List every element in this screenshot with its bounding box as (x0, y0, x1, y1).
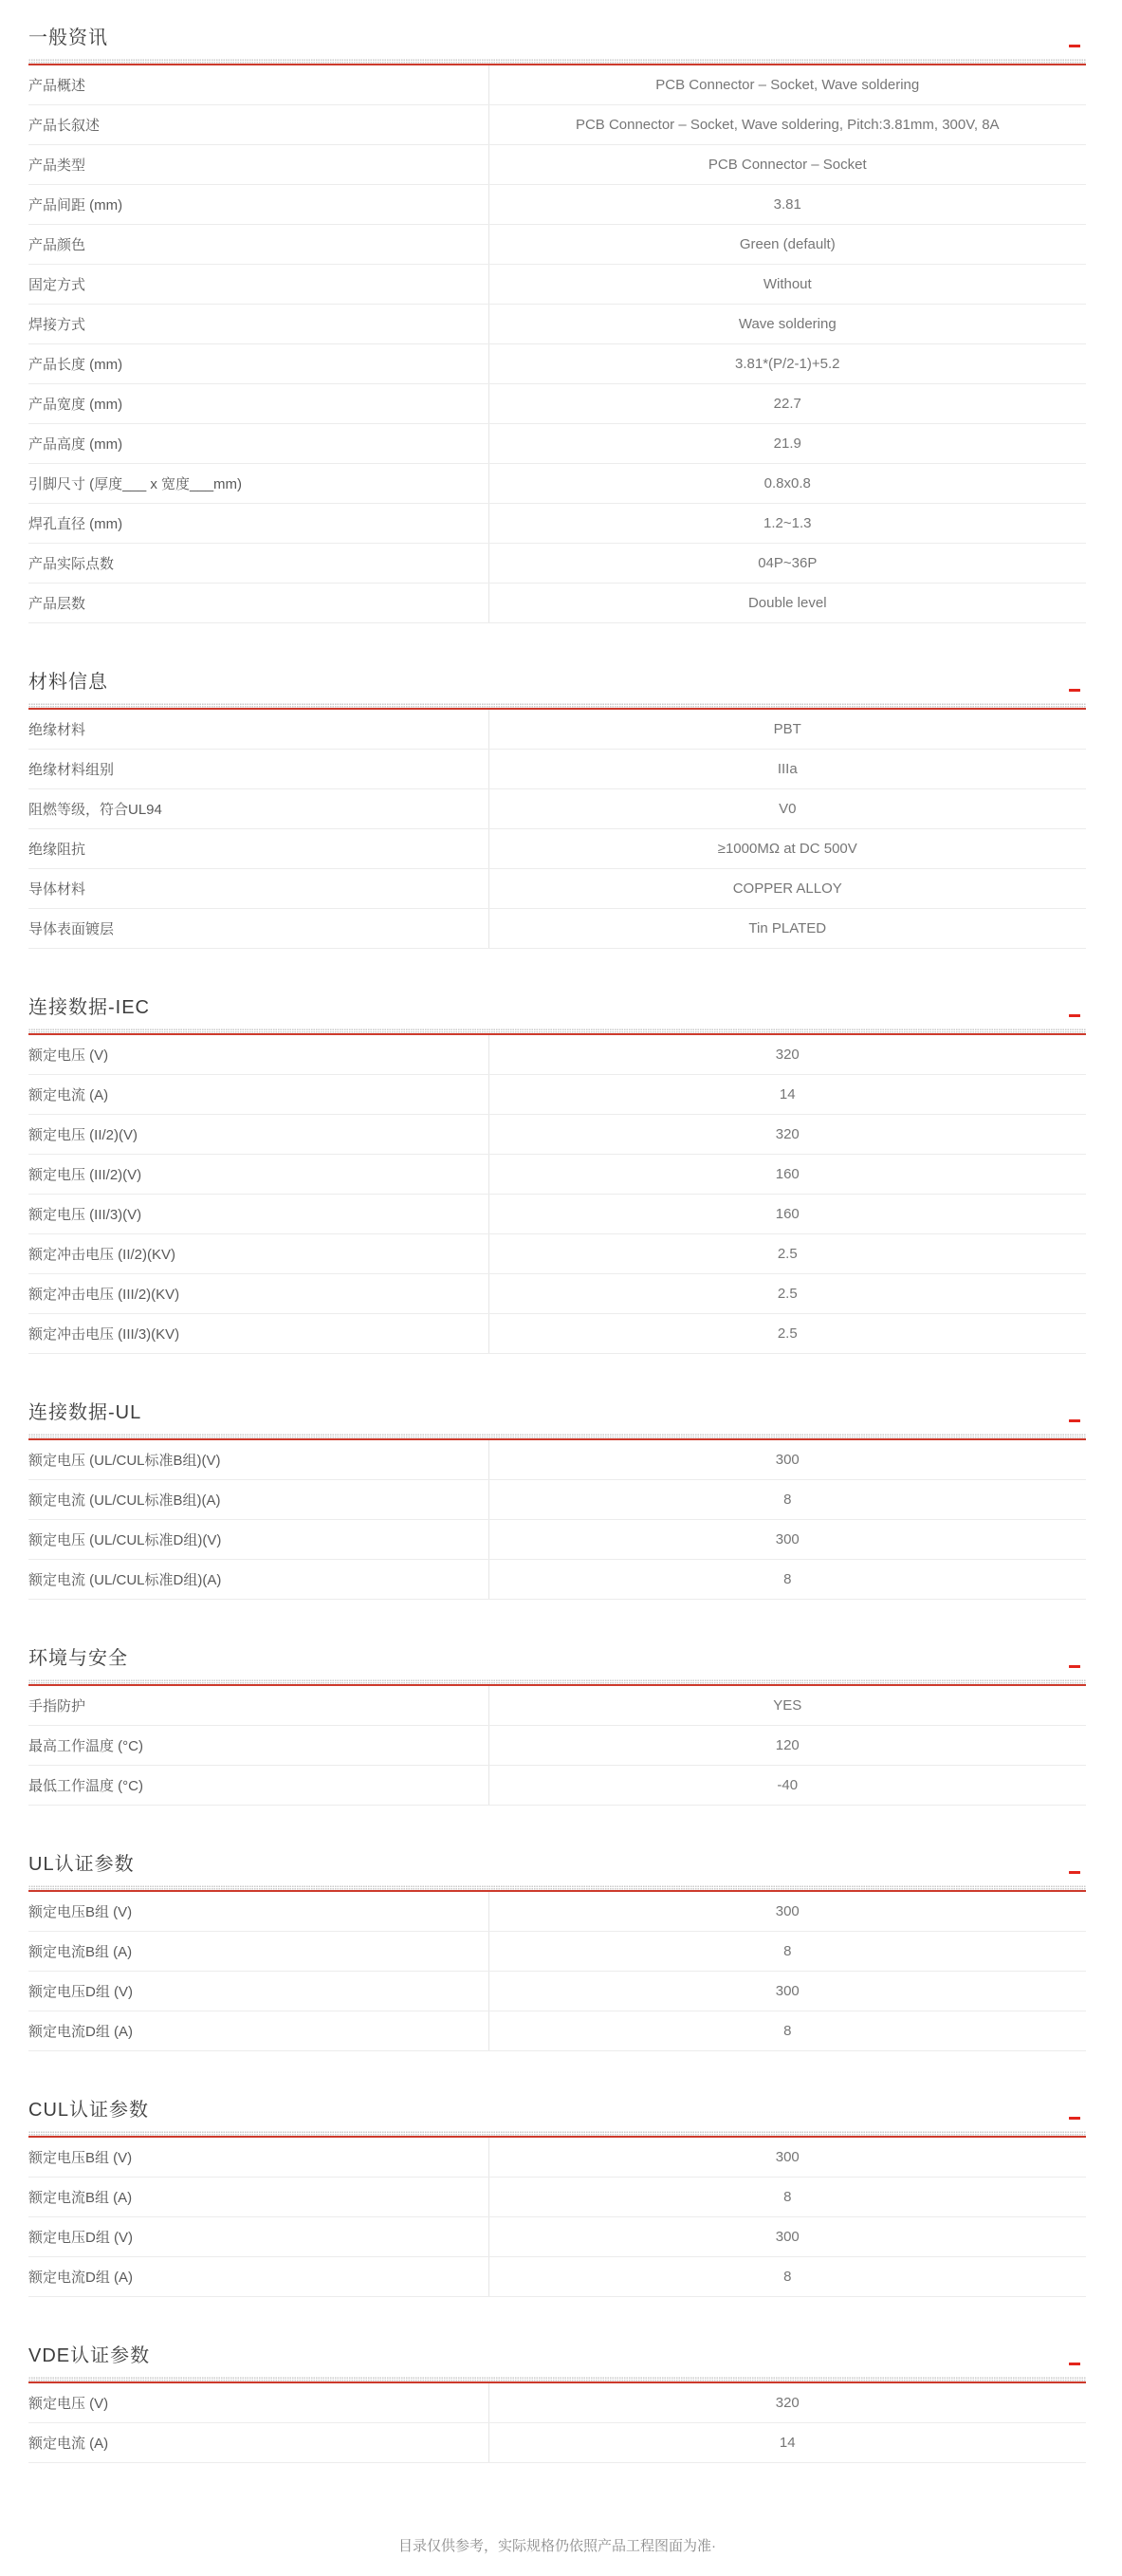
row-value: PCB Connector – Socket, Wave soldering, … (488, 105, 1086, 145)
row-value: -40 (488, 1766, 1086, 1806)
row-value: ≥1000MΩ at DC 500V (488, 829, 1086, 869)
table-row: 产品长度 (mm)3.81*(P/2-1)+5.2 (28, 344, 1086, 384)
section-header: 连接数据-IEC (28, 994, 1086, 1021)
section-title: VDE认证参数 (28, 2343, 150, 2369)
section-title: CUL认证参数 (28, 2097, 149, 2123)
table-row: 产品概述PCB Connector – Socket, Wave solderi… (28, 65, 1086, 105)
table-row: 额定电流B组 (A)8 (28, 2178, 1086, 2217)
spec-table: 手指防护YES最高工作温度 (°C)120最低工作温度 (°C)-40 (28, 1686, 1086, 1806)
table-row: 手指防护YES (28, 1686, 1086, 1726)
table-row: 额定冲击电压 (II/2)(KV)2.5 (28, 1234, 1086, 1274)
section-header: 材料信息 (28, 669, 1086, 695)
row-label: 额定电压 (V) (28, 1035, 488, 1075)
row-label: 最低工作温度 (°C) (28, 1766, 488, 1806)
row-value: 2.5 (488, 1234, 1086, 1274)
row-label: 额定电压 (II/2)(V) (28, 1115, 488, 1155)
row-value: 320 (488, 2383, 1086, 2423)
row-label: 产品类型 (28, 145, 488, 185)
row-label: 额定电流B组 (A) (28, 1932, 488, 1972)
row-label: 额定电流 (A) (28, 1075, 488, 1115)
row-value: 8 (488, 1480, 1086, 1520)
row-label: 阻燃等级，符合UL94 (28, 789, 488, 829)
row-value: 8 (488, 2011, 1086, 2051)
collapse-minus-icon[interactable] (1069, 1014, 1080, 1017)
section-header: VDE认证参数 (28, 2343, 1086, 2369)
table-row: 额定冲击电压 (III/3)(KV)2.5 (28, 1314, 1086, 1354)
section-title: 连接数据-IEC (28, 994, 150, 1021)
spec-table: 产品概述PCB Connector – Socket, Wave solderi… (28, 65, 1086, 623)
table-row: 额定电流B组 (A)8 (28, 1932, 1086, 1972)
row-value: PCB Connector – Socket, Wave soldering (488, 65, 1086, 105)
table-row: 产品层数Double level (28, 584, 1086, 623)
row-label: 额定电压B组 (V) (28, 1892, 488, 1932)
row-label: 手指防护 (28, 1686, 488, 1726)
section-header: 连接数据-UL (28, 1399, 1086, 1426)
row-label: 额定冲击电压 (II/2)(KV) (28, 1234, 488, 1274)
spec-section: 材料信息 绝缘材料PBT绝缘材料组别IIIa阻燃等级，符合UL94V0绝缘阻抗≥… (28, 669, 1086, 949)
spec-section: UL认证参数 额定电压B组 (V)300额定电流B组 (A)8额定电压D组 (V… (28, 1851, 1086, 2051)
row-label: 产品长度 (mm) (28, 344, 488, 384)
section-title: 环境与安全 (28, 1645, 128, 1672)
section-divider (28, 1885, 1086, 1892)
table-row: 额定电流D组 (A)8 (28, 2011, 1086, 2051)
row-label: 导体表面镀层 (28, 909, 488, 949)
section-header: UL认证参数 (28, 1851, 1086, 1878)
table-row: 绝缘材料PBT (28, 710, 1086, 750)
table-row: 额定电流D组 (A)8 (28, 2257, 1086, 2297)
row-label: 额定电流D组 (A) (28, 2011, 488, 2051)
section-divider (28, 703, 1086, 710)
section-title: 连接数据-UL (28, 1399, 141, 1426)
row-label: 固定方式 (28, 265, 488, 305)
row-value: 3.81 (488, 185, 1086, 225)
table-row: 额定电压D组 (V)300 (28, 2217, 1086, 2257)
row-label: 额定电流 (UL/CUL标准D组)(A) (28, 1560, 488, 1600)
row-label: 额定电流B组 (A) (28, 2178, 488, 2217)
row-value: YES (488, 1686, 1086, 1726)
collapse-minus-icon[interactable] (1069, 689, 1080, 692)
collapse-minus-icon[interactable] (1069, 1419, 1080, 1422)
table-row: 额定冲击电压 (III/2)(KV)2.5 (28, 1274, 1086, 1314)
table-row: 产品宽度 (mm)22.7 (28, 384, 1086, 424)
row-value: Green (default) (488, 225, 1086, 265)
section-divider (28, 2131, 1086, 2138)
spec-section: VDE认证参数 额定电压 (V)320额定电流 (A)14 (28, 2343, 1086, 2463)
table-row: 产品高度 (mm)21.9 (28, 424, 1086, 464)
table-row: 额定电压 (III/2)(V)160 (28, 1155, 1086, 1195)
row-value: 21.9 (488, 424, 1086, 464)
row-label: 产品概述 (28, 65, 488, 105)
table-row: 额定电压B组 (V)300 (28, 1892, 1086, 1932)
row-value: 160 (488, 1195, 1086, 1234)
row-label: 额定冲击电压 (III/2)(KV) (28, 1274, 488, 1314)
row-value: 300 (488, 2217, 1086, 2257)
row-value: 8 (488, 1932, 1086, 1972)
row-label: 产品颜色 (28, 225, 488, 265)
collapse-minus-icon[interactable] (1069, 1871, 1080, 1874)
table-row: 额定电压D组 (V)300 (28, 1972, 1086, 2011)
table-row: 额定电流 (UL/CUL标准D组)(A)8 (28, 1560, 1086, 1600)
spec-table: 额定电压 (V)320额定电流 (A)14额定电压 (II/2)(V)320额定… (28, 1035, 1086, 1354)
row-value: PBT (488, 710, 1086, 750)
spec-section: CUL认证参数 额定电压B组 (V)300额定电流B组 (A)8额定电压D组 (… (28, 2097, 1086, 2297)
row-value: 300 (488, 1972, 1086, 2011)
spec-section: 连接数据-IEC 额定电压 (V)320额定电流 (A)14额定电压 (II/2… (28, 994, 1086, 1354)
row-value: 0.8x0.8 (488, 464, 1086, 504)
row-label: 产品高度 (mm) (28, 424, 488, 464)
row-label: 额定电压 (V) (28, 2383, 488, 2423)
row-value: V0 (488, 789, 1086, 829)
table-row: 焊接方式Wave soldering (28, 305, 1086, 344)
row-value: 22.7 (488, 384, 1086, 424)
row-value: 3.81*(P/2-1)+5.2 (488, 344, 1086, 384)
row-label: 产品宽度 (mm) (28, 384, 488, 424)
row-value: IIIa (488, 750, 1086, 789)
spec-table: 额定电压 (UL/CUL标准B组)(V)300额定电流 (UL/CUL标准B组)… (28, 1440, 1086, 1600)
row-value: 300 (488, 1520, 1086, 1560)
table-row: 产品颜色Green (default) (28, 225, 1086, 265)
table-row: 额定电压 (UL/CUL标准B组)(V)300 (28, 1440, 1086, 1480)
row-value: 300 (488, 2138, 1086, 2178)
table-row: 额定电流 (UL/CUL标准B组)(A)8 (28, 1480, 1086, 1520)
row-value: 2.5 (488, 1274, 1086, 1314)
row-value: 8 (488, 2178, 1086, 2217)
section-title: 一般资讯 (28, 25, 108, 51)
row-label: 额定电压 (UL/CUL标准D组)(V) (28, 1520, 488, 1560)
row-label: 额定电流 (A) (28, 2423, 488, 2463)
row-label: 额定冲击电压 (III/3)(KV) (28, 1314, 488, 1354)
row-label: 最高工作温度 (°C) (28, 1726, 488, 1766)
row-label: 绝缘材料组别 (28, 750, 488, 789)
table-row: 绝缘阻抗≥1000MΩ at DC 500V (28, 829, 1086, 869)
row-label: 产品实际点数 (28, 544, 488, 584)
row-label: 产品长叙述 (28, 105, 488, 145)
section-title: 材料信息 (28, 669, 108, 695)
spec-table: 额定电压B组 (V)300额定电流B组 (A)8额定电压D组 (V)300额定电… (28, 2138, 1086, 2297)
spec-section: 环境与安全 手指防护YES最高工作温度 (°C)120最低工作温度 (°C)-4… (28, 1645, 1086, 1806)
row-value: 320 (488, 1115, 1086, 1155)
row-value: 14 (488, 1075, 1086, 1115)
section-divider (28, 59, 1086, 65)
row-label: 绝缘阻抗 (28, 829, 488, 869)
table-row: 产品间距 (mm)3.81 (28, 185, 1086, 225)
section-divider (28, 1029, 1086, 1035)
spec-table: 绝缘材料PBT绝缘材料组别IIIa阻燃等级，符合UL94V0绝缘阻抗≥1000M… (28, 710, 1086, 949)
section-divider (28, 1679, 1086, 1686)
table-row: 额定电流 (A)14 (28, 2423, 1086, 2463)
row-label: 引脚尺寸 (厚度___ x 宽度___mm) (28, 464, 488, 504)
row-label: 额定电流 (UL/CUL标准B组)(A) (28, 1480, 488, 1520)
table-row: 额定电压 (V)320 (28, 2383, 1086, 2423)
row-value: 160 (488, 1155, 1086, 1195)
row-label: 额定电压B组 (V) (28, 2138, 488, 2178)
table-row: 最高工作温度 (°C)120 (28, 1726, 1086, 1766)
row-value: COPPER ALLOY (488, 869, 1086, 909)
spec-table: 额定电压B组 (V)300额定电流B组 (A)8额定电压D组 (V)300额定电… (28, 1892, 1086, 2051)
row-label: 焊孔直径 (mm) (28, 504, 488, 544)
row-label: 产品间距 (mm) (28, 185, 488, 225)
collapse-minus-icon[interactable] (1069, 2117, 1080, 2120)
table-row: 额定电流 (A)14 (28, 1075, 1086, 1115)
spec-sections: 一般资讯 产品概述PCB Connector – Socket, Wave so… (28, 25, 1086, 2463)
row-value: 2.5 (488, 1314, 1086, 1354)
table-row: 额定电压 (UL/CUL标准D组)(V)300 (28, 1520, 1086, 1560)
row-label: 绝缘材料 (28, 710, 488, 750)
row-value: 120 (488, 1726, 1086, 1766)
row-label: 额定电压D组 (V) (28, 1972, 488, 2011)
table-row: 额定电压 (II/2)(V)320 (28, 1115, 1086, 1155)
table-row: 产品长叙述PCB Connector – Socket, Wave solder… (28, 105, 1086, 145)
table-row: 产品实际点数04P~36P (28, 544, 1086, 584)
row-value: 14 (488, 2423, 1086, 2463)
row-value: 8 (488, 1560, 1086, 1600)
row-value: PCB Connector – Socket (488, 145, 1086, 185)
collapse-minus-icon[interactable] (1069, 1665, 1080, 1668)
collapse-minus-icon[interactable] (1069, 45, 1080, 47)
footer-disclaimer: 目录仅供参考，实际规格仍依照产品工程图面为准· (28, 2509, 1086, 2576)
table-row: 焊孔直径 (mm)1.2~1.3 (28, 504, 1086, 544)
table-row: 固定方式Without (28, 265, 1086, 305)
row-value: Tin PLATED (488, 909, 1086, 949)
section-header: CUL认证参数 (28, 2097, 1086, 2123)
section-header: 环境与安全 (28, 1645, 1086, 1672)
table-row: 额定电压 (III/3)(V)160 (28, 1195, 1086, 1234)
row-value: 300 (488, 1440, 1086, 1480)
row-value: 1.2~1.3 (488, 504, 1086, 544)
section-divider (28, 2377, 1086, 2383)
row-label: 额定电流D组 (A) (28, 2257, 488, 2297)
spec-section: 连接数据-UL 额定电压 (UL/CUL标准B组)(V)300额定电流 (UL/… (28, 1399, 1086, 1600)
row-label: 额定电压 (III/2)(V) (28, 1155, 488, 1195)
table-row: 额定电压B组 (V)300 (28, 2138, 1086, 2178)
table-row: 引脚尺寸 (厚度___ x 宽度___mm)0.8x0.8 (28, 464, 1086, 504)
table-row: 产品类型PCB Connector – Socket (28, 145, 1086, 185)
section-divider (28, 1434, 1086, 1440)
table-row: 导体材料COPPER ALLOY (28, 869, 1086, 909)
row-label: 产品层数 (28, 584, 488, 623)
collapse-minus-icon[interactable] (1069, 2363, 1080, 2365)
row-value: Without (488, 265, 1086, 305)
row-value: Double level (488, 584, 1086, 623)
table-row: 导体表面镀层Tin PLATED (28, 909, 1086, 949)
section-title: UL认证参数 (28, 1851, 135, 1878)
row-label: 额定电压 (UL/CUL标准B组)(V) (28, 1440, 488, 1480)
row-label: 导体材料 (28, 869, 488, 909)
row-label: 额定电压 (III/3)(V) (28, 1195, 488, 1234)
spec-section: 一般资讯 产品概述PCB Connector – Socket, Wave so… (28, 25, 1086, 623)
row-value: 8 (488, 2257, 1086, 2297)
table-row: 额定电压 (V)320 (28, 1035, 1086, 1075)
section-header: 一般资讯 (28, 25, 1086, 51)
product-spec-page: 一般资讯 产品概述PCB Connector – Socket, Wave so… (0, 0, 1122, 2576)
table-row: 阻燃等级，符合UL94V0 (28, 789, 1086, 829)
table-row: 最低工作温度 (°C)-40 (28, 1766, 1086, 1806)
row-value: Wave soldering (488, 305, 1086, 344)
row-value: 300 (488, 1892, 1086, 1932)
row-value: 04P~36P (488, 544, 1086, 584)
row-label: 额定电压D组 (V) (28, 2217, 488, 2257)
row-value: 320 (488, 1035, 1086, 1075)
row-label: 焊接方式 (28, 305, 488, 344)
spec-table: 额定电压 (V)320额定电流 (A)14 (28, 2383, 1086, 2463)
table-row: 绝缘材料组别IIIa (28, 750, 1086, 789)
